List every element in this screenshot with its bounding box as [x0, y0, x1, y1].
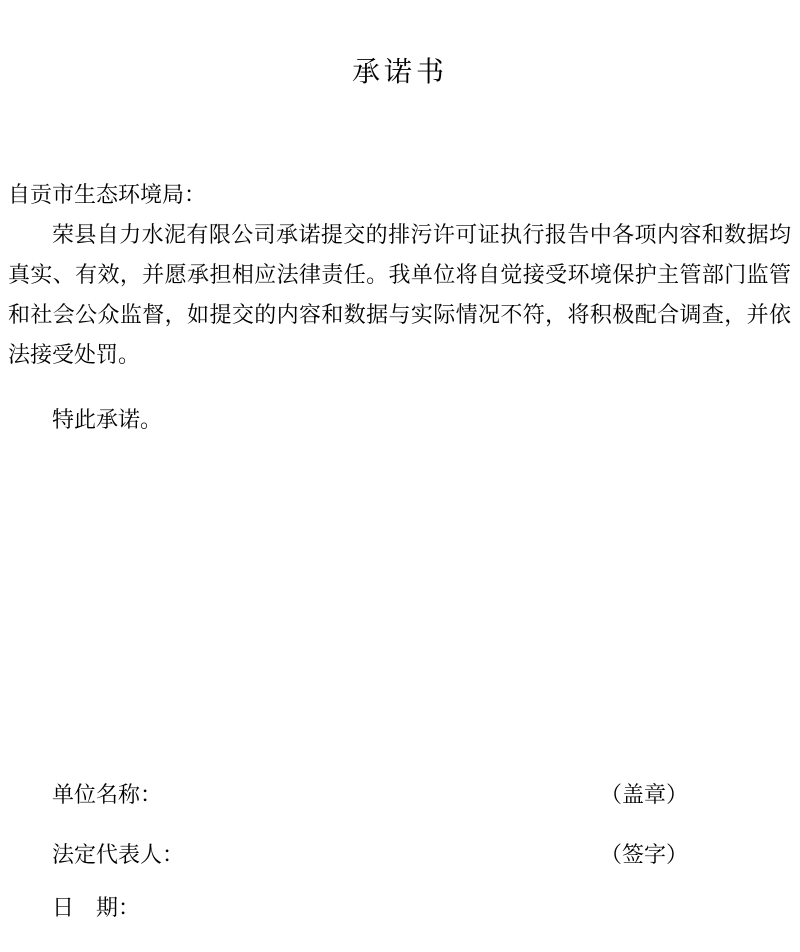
document-title: 承诺书: [0, 0, 800, 89]
signature-hint: （签字）: [600, 836, 688, 876]
seal-hint: （盖章）: [600, 776, 688, 816]
signature-block: 单位名称： （盖章） 法定代表人： （签字） 日 期：: [0, 776, 800, 929]
commitment-body-paragraph: 荣县自力水泥有限公司承诺提交的排污许可证执行报告中各项内容和数据均真实、有效，并…: [8, 216, 791, 376]
date-label: 日 期：: [52, 889, 140, 929]
salutation-line: 自贡市生态环境局：: [8, 176, 791, 216]
legal-representative-label: 法定代表人：: [52, 836, 184, 876]
legal-representative-row: 法定代表人： （签字）: [0, 836, 800, 876]
closing-statement: 特此承诺。: [8, 401, 791, 441]
document-page: 承诺书 自贡市生态环境局： 荣县自力水泥有限公司承诺提交的排污许可证执行报告中各…: [0, 0, 800, 952]
unit-name-row: 单位名称： （盖章）: [0, 776, 800, 816]
date-row: 日 期：: [0, 889, 800, 929]
unit-name-label: 单位名称：: [52, 776, 162, 816]
